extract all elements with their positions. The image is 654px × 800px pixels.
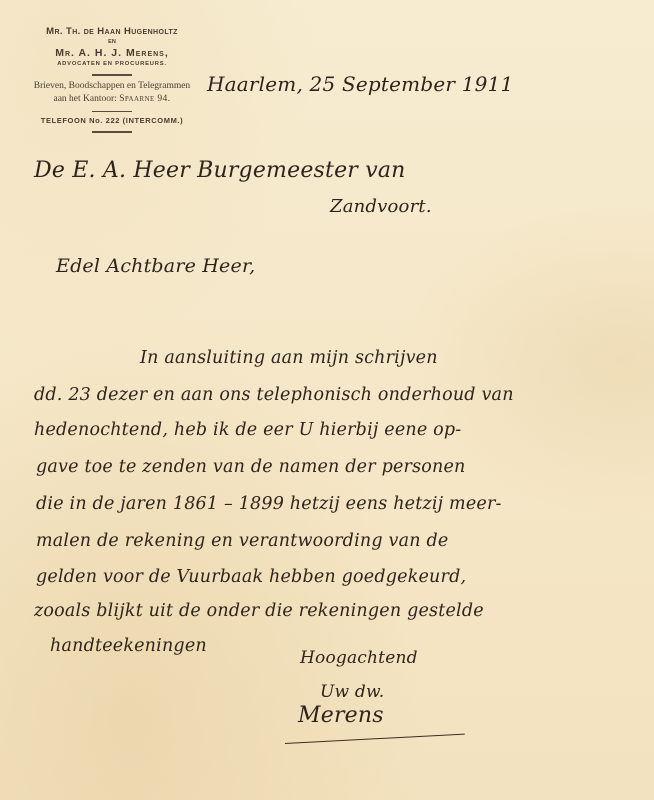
letterhead-address: Spaarne 94. [119,94,170,104]
letterhead-name-1: Mr. Th. de Haan Hugenholtz [12,26,212,38]
letterhead-divider [92,74,132,76]
signature-underline [285,734,465,745]
body-line: zooals blijkt uit de onder die rekeninge… [34,601,484,621]
body-line: die in de jaren 1861 – 1899 hetzij eens … [36,494,502,514]
signature: Merens [298,703,384,728]
letterhead-divider [92,131,132,133]
letterhead-name-2: Mr. A. H. J. Merens, [12,46,212,60]
letterhead-conjunction: EN [12,38,212,46]
body-line: gave toe te zenden van de namen der pers… [36,457,466,477]
letterhead-telephone: TELEFOON No. 222 (INTERCOMM.) [12,116,212,126]
salutation: Edel Achtbare Heer, [56,255,255,277]
letterhead-delivery-line-1: Brieven, Boodschappen en Telegrammen [12,80,212,93]
body-line: dd. 23 dezer en aan ons telephonisch ond… [34,385,514,405]
body-line: gelden voor de Vuurbaak hebben goedgekeu… [36,567,466,587]
closing-line-1: Hoogachtend [300,648,418,668]
body-line: malen de rekening en verantwoording van … [36,531,448,551]
letterhead-divider [92,111,132,113]
letterhead-delivery-line-2: aan het Kantoor: Spaarne 94. [12,93,212,106]
letterhead: Mr. Th. de Haan Hugenholtz EN Mr. A. H. … [12,26,212,137]
letterhead-delivery-prefix: aan het Kantoor: [54,94,117,104]
letterhead-profession: ADVOCATEN EN PROCUREURS. [12,60,212,69]
addressee-line-1: De E. A. Heer Burgemeester van [34,158,406,183]
closing-line-2: Uw dw. [320,682,384,702]
addressee-line-2: Zandvoort. [330,196,432,217]
letter-page: Mr. Th. de Haan Hugenholtz EN Mr. A. H. … [0,0,654,800]
body-line: handteekeningen [50,636,207,656]
body-line: In aansluiting aan mijn schrijven [140,348,438,368]
place-date: Haarlem, 25 September 1911 [207,72,513,96]
body-line: hedenochtend, heb ik de eer U hierbij ee… [34,420,461,440]
